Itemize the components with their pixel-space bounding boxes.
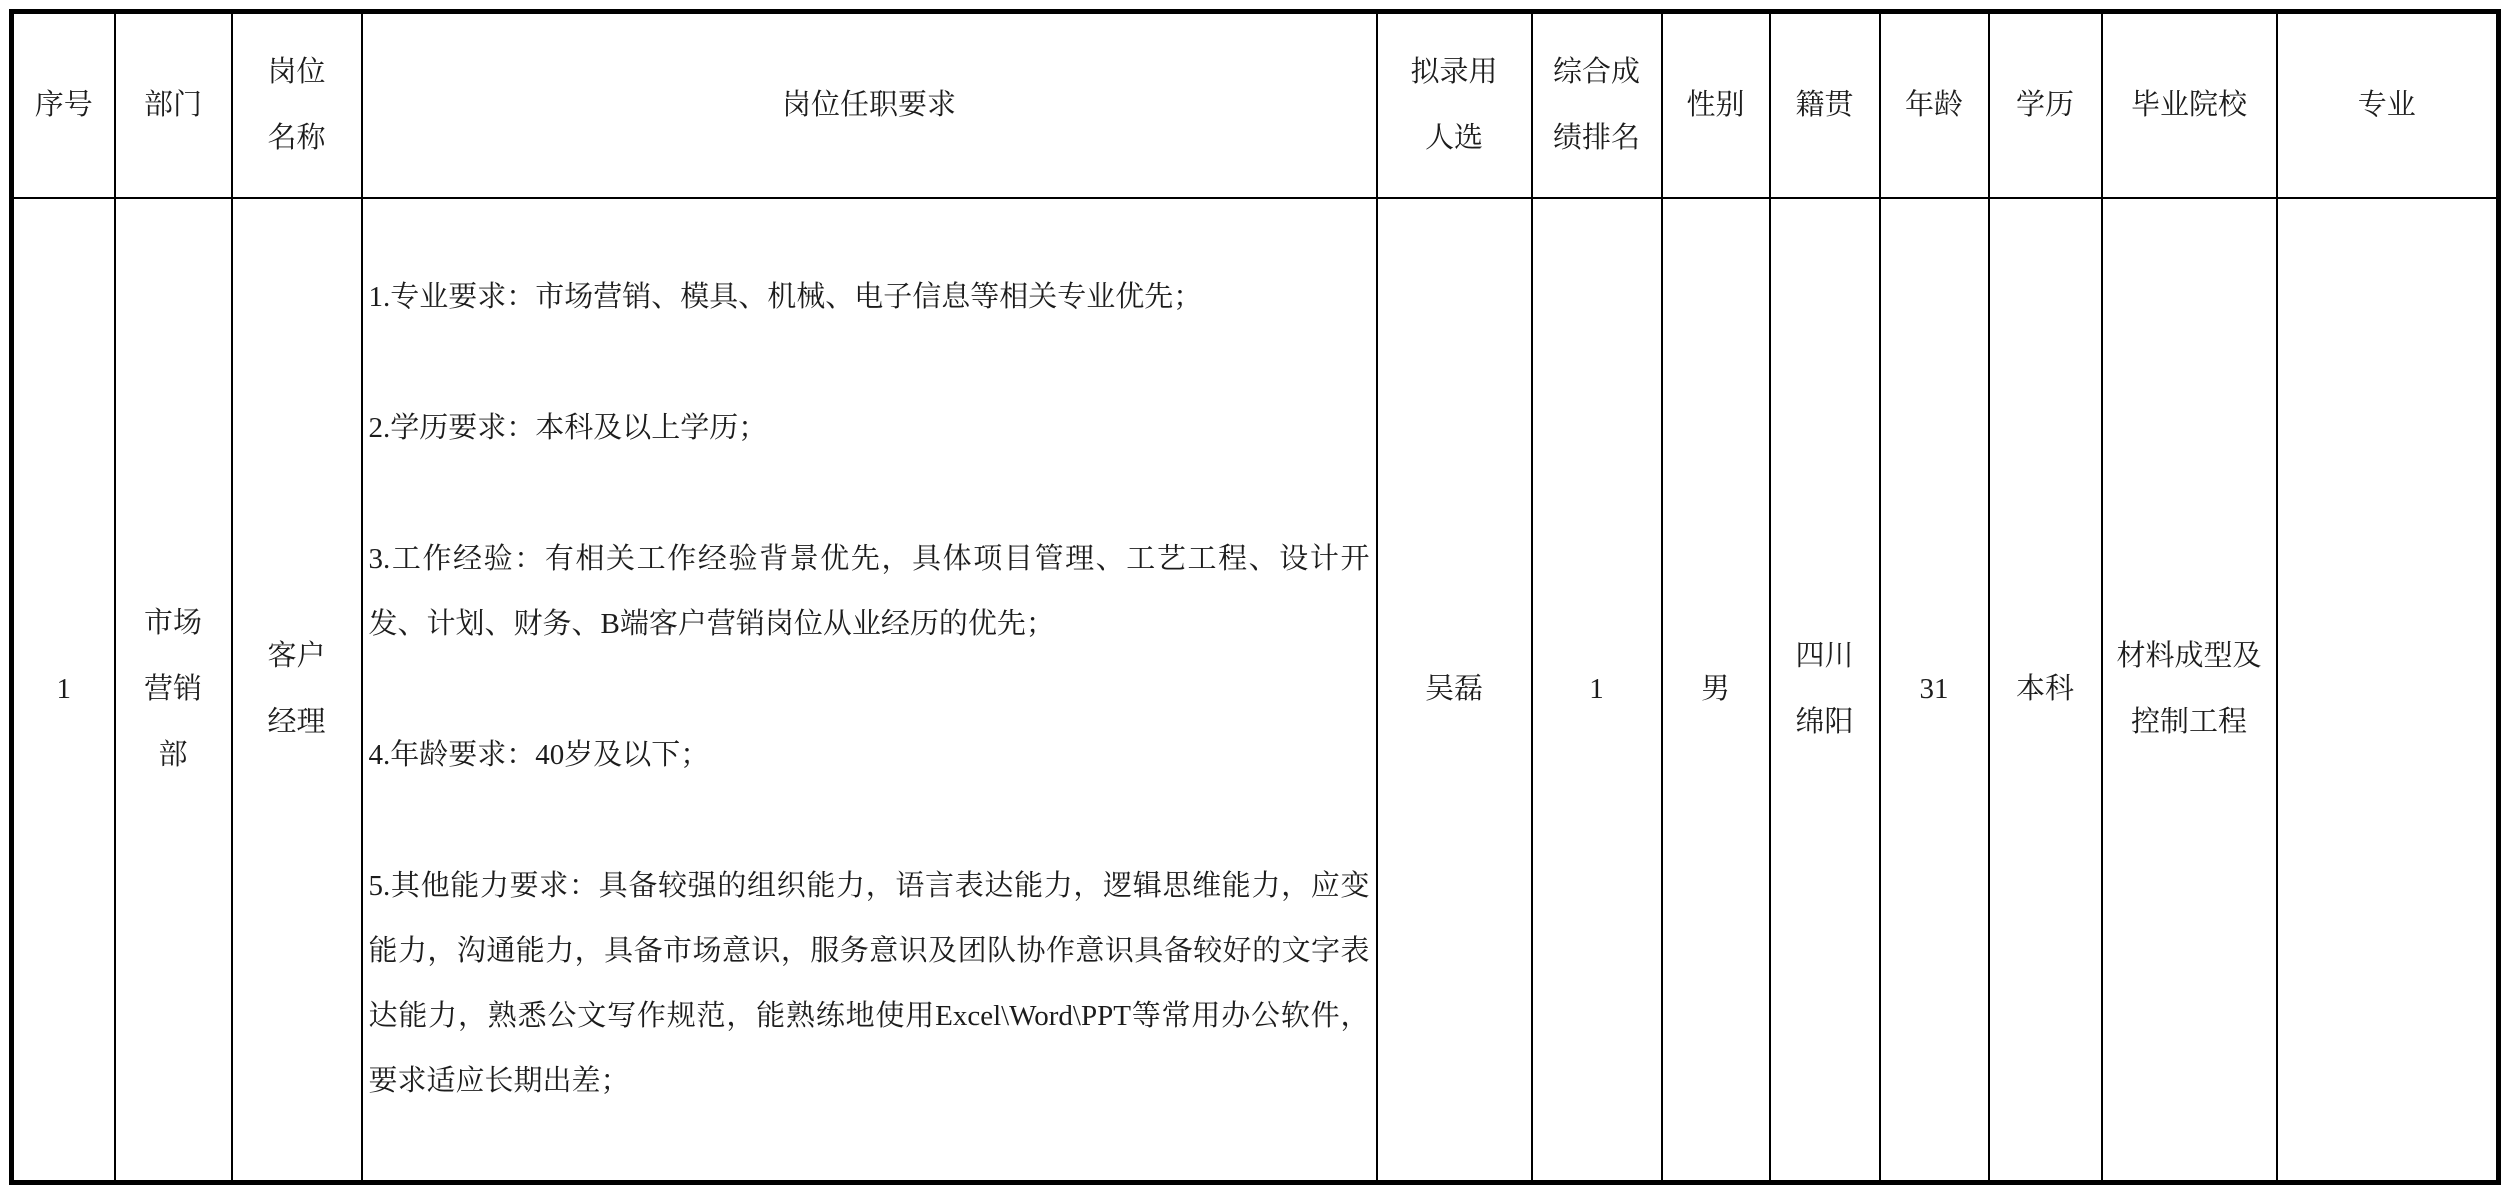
cell-department: 市场 营销 部 — [115, 198, 232, 1183]
col-header-candidate: 拟录用 人选 — [1377, 12, 1532, 198]
recruitment-table: 序号 部门 岗位 名称 岗位任职要求 拟录用 人选 综合成 绩排名 性别 籍贯 … — [9, 9, 2501, 1185]
col-header-rank: 综合成 绩排名 — [1532, 12, 1662, 198]
requirement-item: 5.其他能力要求：具备较强的组织能力，语言表达能力，逻辑思维能力，应变能力，沟通… — [369, 854, 1370, 1114]
cell-position: 客户 经理 — [232, 198, 362, 1183]
col-header-position: 岗位 名称 — [232, 12, 362, 198]
requirement-item: 4.年龄要求：40岁及以下； — [369, 723, 1370, 788]
cell-candidate: 吴磊 — [1377, 198, 1532, 1183]
requirement-item: 1.专业要求：市场营销、模具、机械、电子信息等相关专业优先； — [369, 265, 1370, 330]
cell-requirements: 1.专业要求：市场营销、模具、机械、电子信息等相关专业优先； 2.学历要求：本科… — [362, 198, 1377, 1183]
document-page: 序号 部门 岗位 名称 岗位任职要求 拟录用 人选 综合成 绩排名 性别 籍贯 … — [0, 0, 2505, 837]
col-header-education: 学历 — [1989, 12, 2102, 198]
cell-age: 31 — [1880, 198, 1989, 1183]
col-header-department: 部门 — [115, 12, 232, 198]
col-header-school: 毕业院校 — [2102, 12, 2277, 198]
cell-serial: 1 — [12, 198, 115, 1183]
col-header-major: 专业 — [2277, 12, 2499, 198]
col-header-native-place: 籍贯 — [1770, 12, 1880, 198]
table-header-row: 序号 部门 岗位 名称 岗位任职要求 拟录用 人选 综合成 绩排名 性别 籍贯 … — [12, 12, 2499, 198]
cell-native-place: 四川 绵阳 — [1770, 198, 1880, 1183]
col-header-requirements: 岗位任职要求 — [362, 12, 1377, 198]
col-header-serial: 序号 — [12, 12, 115, 198]
cell-rank: 1 — [1532, 198, 1662, 1183]
table-row: 1 市场 营销 部 客户 经理 1.专业要求：市场营销、模具、机械、电子信息等相… — [12, 198, 2499, 1183]
col-header-age: 年龄 — [1880, 12, 1989, 198]
col-header-gender: 性别 — [1662, 12, 1770, 198]
cell-education: 本科 — [1989, 198, 2102, 1183]
requirement-item: 2.学历要求：本科及以上学历； — [369, 396, 1370, 461]
cell-gender: 男 — [1662, 198, 1770, 1183]
requirement-item: 3.工作经验：有相关工作经验背景优先，具体项目管理、工艺工程、设计开发、计划、财… — [369, 527, 1370, 657]
cell-major: 材料成型及 控制工程 — [2102, 198, 2277, 1183]
